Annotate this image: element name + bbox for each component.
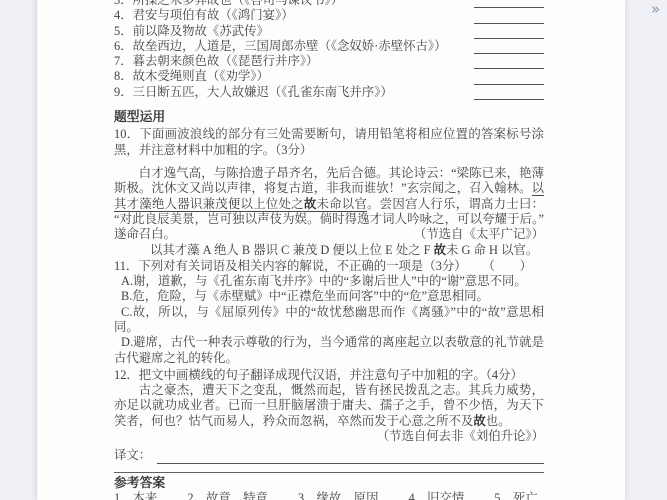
answer-blank bbox=[474, 13, 544, 24]
answer-item: 2．故意，特意 bbox=[187, 491, 268, 500]
list-item-text: 5．前以降及物故《苏武传》 bbox=[114, 24, 269, 39]
passage-2-source: （节选自何去非《刘伯升论》） bbox=[114, 429, 544, 444]
list-item-text: 8．故木受绳则直（《劝学》） bbox=[114, 69, 269, 84]
answer-item: 4．旧交情 bbox=[408, 491, 464, 500]
question-11-stem: 11．下列对有关词语及相关内容的解说，不正确的一项是（3分） bbox=[114, 259, 467, 274]
option-c: C.故，所以，与《屈原列传》中的“故忧愁幽思而作《离骚》”中的“故”意思相同。 bbox=[114, 305, 544, 336]
section-heading: 题型运用 bbox=[114, 110, 544, 125]
answer-blank bbox=[474, 89, 544, 100]
page-content: 3．所操之术多异故也（《答司马谏议书》） 4．君安与项伯有故（《鸿门宴》） 5．… bbox=[114, 0, 544, 500]
segmentation-answer-line: 以其才藻 A 绝人 B 器识 C 兼茂 D 便以上位 E 处之 F 故未 G 命… bbox=[114, 243, 544, 258]
bold-character: 故 bbox=[304, 197, 317, 211]
question-10: 10．下面画波浪线的部分有三处需要断句，请用铅笔将相应位置的答案标号涂黑，并注意… bbox=[114, 127, 544, 158]
translation-label: 译文： bbox=[114, 448, 151, 463]
option-d: D.避席，古代一种表示尊敬的行为，当今通常的离座起立以表敬意的礼节就是古代避席之… bbox=[114, 335, 544, 366]
answer-blank bbox=[474, 43, 544, 54]
translation-blank bbox=[157, 453, 544, 464]
list-item: 6．故垒西边，人道是，三国周郎赤壁（《念奴娇·赤壁怀古》） bbox=[114, 39, 544, 54]
bold-character: 故 bbox=[473, 414, 485, 428]
segment-text: 未 G 命 H 以官。 bbox=[446, 243, 538, 257]
list-item-text: 6．故垒西边，人道是，三国周郎赤壁（《念奴娇·赤壁怀古》） bbox=[114, 39, 446, 54]
passage-2-text: 也。 bbox=[486, 414, 511, 428]
answer-blank bbox=[474, 58, 544, 69]
question-12: 12．把文中画横线的句子翻译成现代汉语，并注意句子中加粗的字。（4分） bbox=[114, 368, 544, 383]
list-item-text: 4．君安与项伯有故（《鸿门宴》） bbox=[114, 8, 294, 23]
answers-row: 1．本来 2．故意，特意 3．缘故，原因 4．旧交情 5．死亡 bbox=[114, 491, 544, 500]
answer-item: 1．本来 bbox=[114, 491, 157, 500]
list-item: 8．故木受绳则直（《劝学》） bbox=[114, 69, 544, 84]
screenshot-root: { "page": { "background": "#eef0f5", "pa… bbox=[0, 0, 667, 500]
wavy-segment: 未命以官 bbox=[316, 197, 367, 211]
option-a: A.谢，道歉，与《孔雀东南飞并序》中的“多谢后世人”中的“谢”意思不同。 bbox=[114, 274, 544, 289]
answer-blank bbox=[474, 74, 544, 85]
chevron-right-icon[interactable]: » bbox=[651, 0, 667, 18]
answer-blank bbox=[474, 0, 544, 8]
list-item: 4．君安与项伯有故（《鸿门宴》） bbox=[114, 8, 544, 23]
list-item-text: 9．三日断五匹，大人故嫌迟（《孔雀东南飞并序》） bbox=[114, 85, 393, 100]
passage-2: 古之豪杰，遭天下之变乱，慨然而起，皆有拯民拨乱之志。其兵力威势，亦足以就功成业者… bbox=[114, 383, 544, 429]
passage-1-text: 白才逸气高，与陈拾遗子昂齐名，先后合德。其论诗云：“梁陈已来，艳薄斯极。沈休文又… bbox=[114, 166, 544, 195]
answer-item: 3．缘故，原因 bbox=[298, 491, 379, 500]
answers-heading: 参考答案 bbox=[114, 476, 544, 491]
passage-1-source: （节选自《太平广记》） bbox=[114, 227, 544, 242]
translation-row: 译文： bbox=[114, 448, 544, 463]
document-page: 3．所操之术多异故也（《答司马谏议书》） 4．君安与项伯有故（《鸿门宴》） 5．… bbox=[36, 0, 625, 500]
option-b: B.危，危险，与《赤壁赋》中“正襟危坐而问客”中的“危”意思相同。 bbox=[114, 289, 544, 304]
answer-parentheses: （ ） bbox=[482, 259, 544, 274]
list-item: 5．前以降及物故《苏武传》 bbox=[114, 24, 544, 39]
question-11: 11．下列对有关词语及相关内容的解说，不正确的一项是（3分） （ ） bbox=[114, 259, 544, 274]
answer-blank bbox=[474, 28, 544, 39]
segment-text: 以其才藻 A 绝人 B 器识 C 兼茂 D 便以上位 E 处之 F bbox=[150, 243, 434, 257]
section-divider bbox=[114, 472, 544, 473]
list-item-text: 7．暮去朝来颜色故（《琵琶行并序》） bbox=[114, 54, 318, 69]
list-item: 7．暮去朝来颜色故（《琵琶行并序》） bbox=[114, 54, 544, 69]
list-item: 9．三日断五匹，大人故嫌迟（《孔雀东南飞并序》） bbox=[114, 85, 544, 100]
word-list: 3．所操之术多异故也（《答司马谏议书》） 4．君安与项伯有故（《鸿门宴》） 5．… bbox=[114, 0, 544, 100]
bold-character: 故 bbox=[434, 243, 446, 257]
answer-item: 5．死亡 bbox=[494, 491, 537, 500]
